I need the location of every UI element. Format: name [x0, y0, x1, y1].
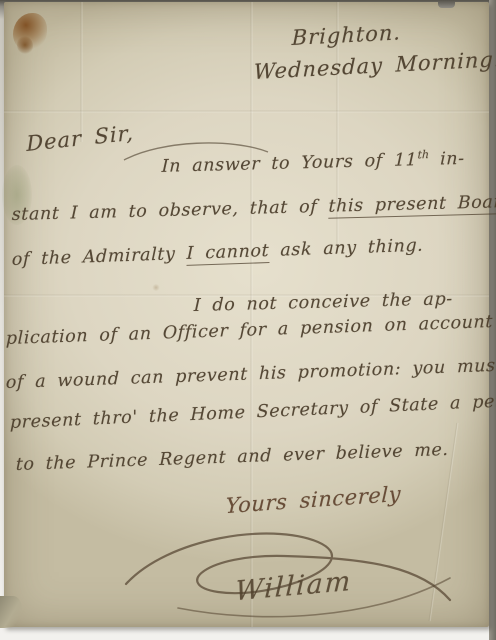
closing-valediction: Yours sincerely	[225, 482, 401, 518]
underlined-this-present-board: this present Board	[328, 192, 496, 219]
body-line-2: stant I am to observe, that of this pres…	[11, 192, 496, 225]
body-line-4: I do not conceive the ap-	[193, 289, 453, 316]
body-line-7: present thro' the Home Secretary of Stat…	[10, 390, 496, 433]
body-line-1: In answer to Yours of 11th in-	[161, 147, 465, 177]
body-line-3-tail: ask any thing.	[269, 236, 423, 261]
fold-crease-vertical-1	[80, 2, 83, 142]
underlined-i-cannot: I cannot	[186, 241, 269, 266]
stain-brown-top-left	[13, 13, 47, 51]
signature: William	[234, 566, 353, 608]
body-line-1-tail: in-	[429, 149, 465, 170]
body-line-8: to the Prince Regent and ever believe me…	[16, 440, 449, 475]
body-line-3: of the Admiralty I cannot ask any thing.	[12, 236, 424, 270]
body-line-2-text: stant I am to observe, that of	[11, 197, 328, 225]
date-line: Wednesday Morning.	[254, 47, 496, 84]
body-line-6: of a wound can prevent his promotion: yo…	[6, 356, 496, 393]
place-line: Brighton.	[292, 20, 402, 50]
body-line-3-text: of the Admiralty	[12, 244, 187, 270]
foxing-spot-1	[152, 284, 160, 291]
fold-crease-horizontal-1	[4, 110, 489, 113]
salutation: Dear Sir,	[26, 121, 134, 156]
photo-backdrop: Brighton. Wednesday Morning. Dear Sir, I…	[0, 0, 496, 640]
paper-notch	[438, 0, 455, 8]
ordinal-superscript: th	[417, 148, 429, 161]
body-line-5: plication of an Officer for a pension on…	[6, 312, 494, 349]
stain-brown-dot	[17, 36, 33, 54]
letter-paper: Brighton. Wednesday Morning. Dear Sir, I…	[4, 2, 489, 627]
tear-bottom-left	[0, 596, 22, 628]
body-line-1-text: In answer to Yours of 11	[161, 150, 417, 177]
